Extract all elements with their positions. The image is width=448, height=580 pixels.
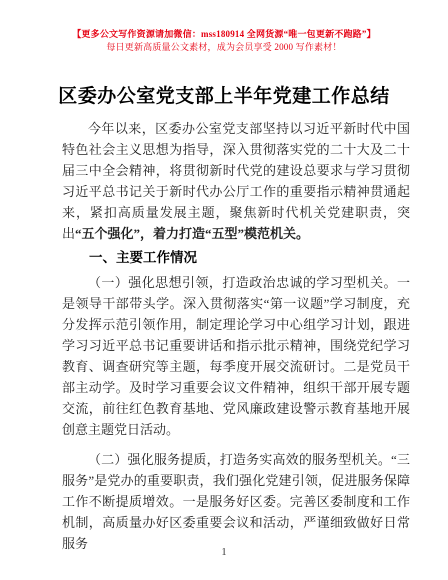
document-title: 区委办公室党支部上半年党建工作总结 (0, 85, 448, 109)
ad-banner: 【更多公文写作资源请加微信：mss180914 全网货源“唯一包更新不跑路”】 … (0, 0, 448, 54)
paragraph-item-1: （一）强化思想引领，打造政治忠诚的学习型机关。一是领导干部带头学。深入贯彻落实“… (62, 272, 410, 440)
intro-paragraph: 今年以来，区委办公室党支部坚持以习近平新时代中国特色社会主义思想为指导，深入贯彻… (62, 118, 410, 244)
paragraph-item-2: （二）强化服务提质，打造务实高效的服务型机关。“三服务”是党办的重要职责，我们强… (62, 449, 410, 554)
page-number: 1 (0, 547, 448, 558)
ad-banner-line1: 【更多公文写作资源请加微信：mss180914 全网货源“唯一包更新不跑路”】 (0, 27, 448, 41)
ad-banner-line2: 每日更新高质量公文素材，成为会员享受 2000 写作素材！ (0, 41, 448, 54)
document-page: 【更多公文写作资源请加微信：mss180914 全网货源“唯一包更新不跑路”】 … (0, 0, 448, 580)
document-body: 今年以来，区委办公室党支部坚持以习近平新时代中国特色社会主义思想为指导，深入贯彻… (62, 118, 410, 554)
intro-paragraph-normal-text: 今年以来，区委办公室党支部坚持以习近平新时代中国特色社会主义思想为指导，深入贯彻… (62, 121, 410, 241)
section-heading-1: 一、主要工作情况 (62, 247, 410, 269)
intro-paragraph-bold-text: “五个强化”，着力打造“五型”模范机关。 (75, 226, 309, 241)
